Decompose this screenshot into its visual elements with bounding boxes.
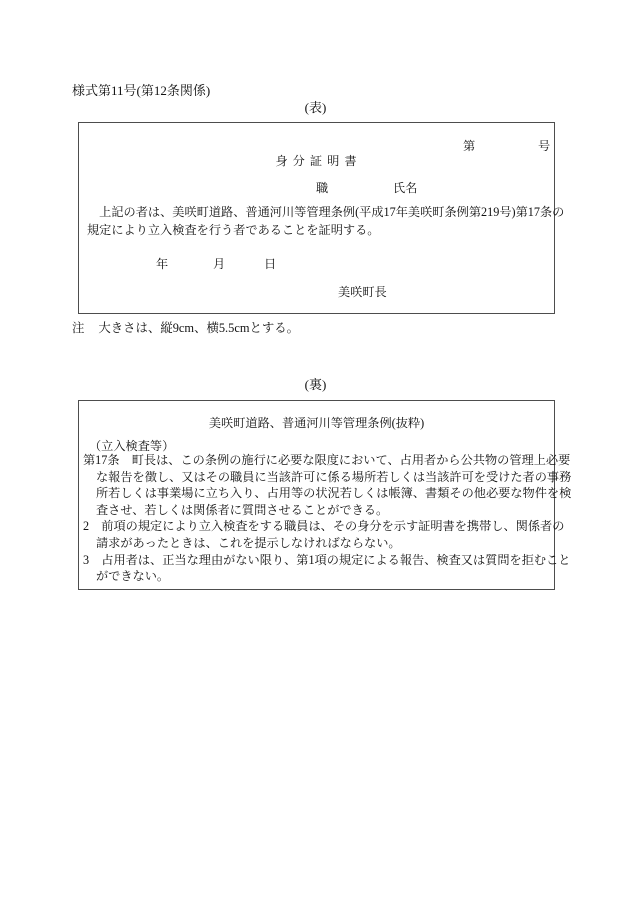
certificate-body: 上記の者は、美咲町道路、普通河川等管理条例(平成17年美咲町条例第219号)第1…: [87, 203, 564, 239]
size-note-text: 大きさは、縦9cm、横5.5cmとする。: [98, 321, 299, 335]
regulation-line: 3 占用者は、正当な理由がない限り、第1項の規定による報告、検査又は質問を拒むこ…: [83, 552, 571, 569]
date-month-label: 月: [213, 255, 225, 272]
certificate-back-box: 美咲町道路、普通河川等管理条例(抜粋) （立入検査等） 第17条 町長は、この条…: [78, 400, 555, 590]
regulation-title: 美咲町道路、普通河川等管理条例(抜粋): [79, 414, 554, 431]
regulation-article: 第17条 町長は、この条例の施行に必要な限度において、占用者から公共物の管理上必…: [83, 452, 571, 585]
size-note: 注大きさは、縦9cm、横5.5cmとする。: [72, 318, 299, 336]
back-side-label: (裏): [78, 374, 553, 393]
certificate-body-line: 規定により立入検査を行う者であることを証明する。: [87, 221, 564, 239]
certificate-front-box: 第 号 身 分 証 明 書 職 氏名 上記の者は、美咲町道路、普通河川等管理条例…: [78, 122, 555, 314]
regulation-line: 所若しくは事業場に立ち入り、占用等の状況若しくは帳簿、書類その他必要な物件を検: [83, 485, 571, 502]
regulation-line: 査させ、若しくは関係者に質問させることができる。: [83, 502, 571, 519]
name-label: 氏名: [393, 179, 417, 196]
regulation-line: 請求があったときは、これを提示しなければならない。: [83, 535, 571, 552]
date-day-label: 日: [264, 255, 276, 272]
regulation-line: な報告を徴し、又はその職員に当該許可に係る場所若しくは当該許可を受けた者の事務: [83, 469, 571, 486]
size-note-prefix: 注: [72, 321, 84, 335]
regulation-line: ができない。: [83, 568, 571, 585]
certificate-body-line: 上記の者は、美咲町道路、普通河川等管理条例(平成17年美咲町条例第219号)第1…: [87, 203, 564, 221]
document-page: 様式第11号(第12条関係) (表) 第 号 身 分 証 明 書 職 氏名 上記…: [0, 0, 630, 903]
position-label: 職: [316, 179, 328, 196]
regulation-line: 第17条 町長は、この条例の施行に必要な限度において、占用者から公共物の管理上必…: [83, 452, 571, 469]
regulation-line: 2 前項の規定により立入検査をする職員は、その身分を示す証明書を携帯し、関係者の: [83, 518, 571, 535]
issuer-name: 美咲町長: [338, 283, 387, 300]
certificate-title: 身 分 証 明 書: [79, 152, 554, 169]
front-side-label: (表): [78, 97, 553, 116]
date-year-label: 年: [156, 255, 168, 272]
